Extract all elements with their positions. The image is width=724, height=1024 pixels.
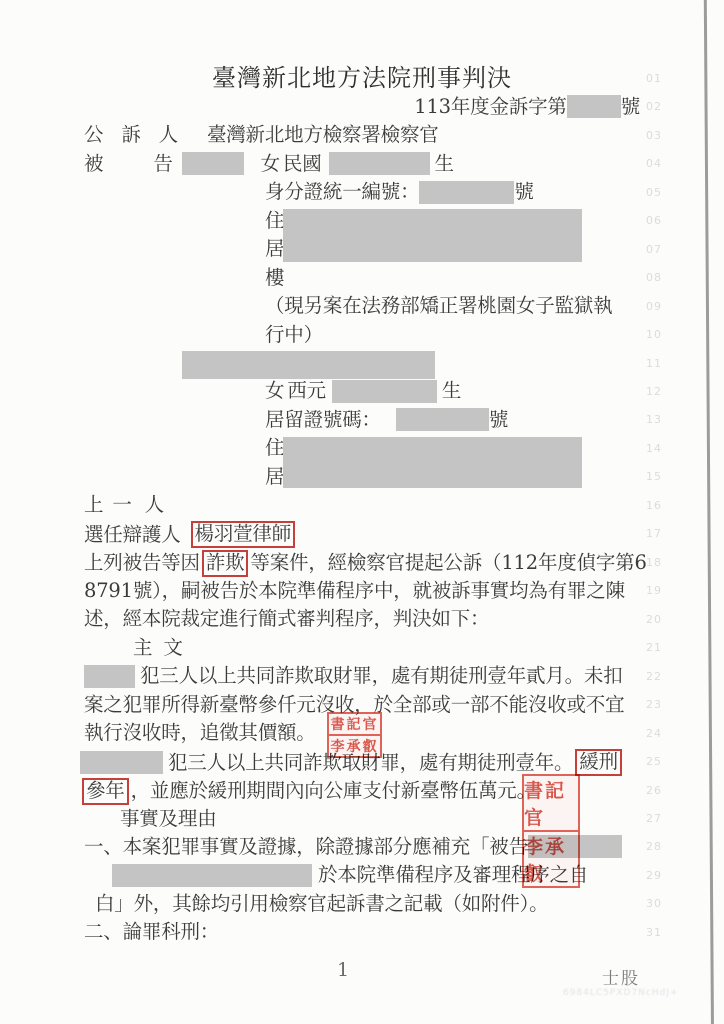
scanned-court-judgment-page: 01臺灣新北地方法院刑事判決02113年度金訴字第號03公訴人臺灣新北地方檢察署…: [0, 0, 724, 1024]
line-number: 07: [646, 243, 662, 256]
line-content: 於本院準備程序及審理程序之自: [112, 863, 588, 888]
line-text: 選任辯護人: [84, 523, 181, 547]
line-text: 述，經本院裁定進行簡式審判程序，判決如下：: [84, 607, 489, 631]
line-text: 訴: [121, 123, 140, 147]
line-content: 居: [265, 237, 284, 262]
line-number: 17: [646, 527, 662, 540]
line-text: 113年度金訴字第: [414, 95, 566, 119]
line-number: 23: [646, 698, 662, 711]
line-content: 二、論罪科刑：: [84, 920, 219, 945]
clerk-seal-stamp: 書記官李承叡: [327, 712, 382, 757]
line-number: 13: [646, 413, 662, 426]
line-text: 人: [145, 493, 164, 517]
document-line-01: 01臺灣新北地方法院刑事判決: [0, 64, 724, 93]
line-text: （現另案在法務部矯正署桃園女子監獄執: [265, 294, 612, 318]
line-number: 02: [646, 100, 662, 113]
document-line-19: 198791號），嗣被告於本院準備程序中，就被訴事實均為有罪之陳: [0, 576, 724, 605]
line-text: 行中）: [265, 323, 323, 347]
line-text: 被: [84, 152, 103, 176]
line-content: 居: [265, 464, 284, 489]
line-number: 24: [646, 727, 662, 740]
line-number: 27: [646, 812, 662, 825]
line-content: 113年度金訴字第號: [414, 94, 640, 119]
document-line-29: 29於本院準備程序及審理程序之自: [0, 861, 724, 890]
line-content: 8791號），嗣被告於本院準備程序中，就被訴事實均為有罪之陳: [84, 578, 625, 603]
line-content: 執行沒收時，追徵其價額。: [84, 721, 316, 746]
document-line-10: 10行中）: [0, 320, 724, 349]
line-text: 主: [133, 636, 152, 660]
redaction-bar: [567, 95, 621, 118]
line-content: 行中）: [265, 322, 323, 347]
line-number: 26: [646, 784, 662, 797]
line-number: 08: [646, 271, 662, 284]
line-content: 上一人: [84, 493, 164, 518]
line-text: 事實及理由: [120, 807, 217, 831]
stamp-text: 書記官: [327, 712, 382, 736]
clerk-seal-stamp: 書記官李承叡: [522, 774, 580, 829]
line-number: 10: [646, 328, 662, 341]
line-text: 女: [265, 379, 284, 403]
line-number: 03: [646, 129, 662, 142]
line-number: 25: [646, 755, 662, 768]
line-number: 06: [646, 214, 662, 227]
redaction-bar: [419, 181, 514, 204]
line-text: 生: [435, 152, 454, 176]
line-number: 22: [646, 670, 662, 683]
document-line-08: 08樓: [0, 263, 724, 292]
line-content: 居留證號碼：號: [265, 407, 508, 432]
court-division-label: 士股: [602, 964, 640, 989]
line-content: 公訴人臺灣新北地方檢察署檢察官: [84, 123, 439, 148]
document-line-11: 11: [0, 349, 724, 378]
stamp-text: 李承叡: [327, 734, 382, 758]
line-number: 14: [646, 442, 662, 455]
line-content: [182, 351, 435, 379]
line-text: 住: [265, 209, 284, 233]
line-number: 21: [646, 641, 662, 654]
line-content: 臺灣新北地方法院刑事判決: [0, 66, 724, 91]
line-text: 犯三人以上共同詐欺取財罪，處有期徒刑壹年貳月。未扣: [140, 664, 623, 688]
red-annotation-box: 楊羽萱律師: [191, 521, 296, 548]
line-content: 被告女民國生: [84, 151, 454, 176]
line-text: 居留證號碼：: [265, 408, 381, 432]
line-text: 臺灣新北地方法院刑事判決: [212, 66, 512, 90]
redaction-bar: [112, 864, 312, 887]
line-content: 住: [265, 436, 284, 461]
line-number: 12: [646, 385, 662, 398]
document-line-28: 28一、本案犯罪事實及證據，除證據部分應補充「被告: [0, 832, 724, 861]
line-content: 上列被告等因詐欺等案件，經檢察官提起公訴（112年度偵字第6: [84, 550, 647, 577]
redaction-block: [283, 209, 582, 262]
line-content: 住: [265, 208, 284, 233]
line-text: 號: [621, 95, 640, 119]
line-text: 人: [159, 123, 178, 147]
line-text: 白」外，其餘均引用檢察官起訴書之記載（如附件）。: [95, 892, 548, 916]
line-text: 生: [442, 379, 461, 403]
document-line-09: 09（現另案在法務部矯正署桃園女子監獄執: [0, 292, 724, 321]
document-line-17: 17選任辯護人楊羽萱律師: [0, 519, 724, 548]
redaction-bar: [396, 408, 489, 431]
document-line-30: 30白」外，其餘均引用檢察官起訴書之記載（如附件）。: [0, 889, 724, 918]
line-content: 主文: [133, 635, 183, 660]
stamp-text: 書記官: [522, 774, 580, 832]
line-number: 18: [646, 556, 662, 569]
line-text: 民國: [283, 152, 322, 176]
line-number: 05: [646, 186, 662, 199]
line-text: 一: [112, 493, 131, 517]
line-number: 29: [646, 869, 662, 882]
line-text: 居: [265, 237, 284, 261]
red-annotation-box: 緩刑: [575, 749, 622, 776]
line-text: 二、論罪科刑：: [84, 920, 219, 944]
line-content: 述，經本院裁定進行簡式審判程序，判決如下：: [84, 607, 489, 632]
line-text: 等案件，經檢察官提起公訴（112年度偵字第6: [250, 551, 646, 575]
line-number: 15: [646, 470, 662, 483]
line-number: 16: [646, 499, 662, 512]
document-line-03: 03公訴人臺灣新北地方檢察署檢察官: [0, 121, 724, 150]
line-text: 上: [84, 493, 103, 517]
redaction-bar: [329, 152, 430, 175]
line-number: 04: [646, 157, 662, 170]
line-text: 居: [265, 465, 284, 489]
line-number: 31: [646, 926, 662, 939]
redaction-bar: [182, 152, 244, 175]
document-line-26: 26參年，並應於緩刑期間內向公庫支付新臺幣伍萬元。: [0, 776, 724, 805]
redaction-bar: [332, 380, 437, 403]
line-text: 文: [163, 636, 182, 660]
line-content: 樓: [265, 265, 284, 290]
line-number: 28: [646, 840, 662, 853]
document-line-31: 31二、論罪科刑：: [0, 918, 724, 947]
document-line-20: 20述，經本院裁定進行簡式審判程序，判決如下：: [0, 605, 724, 634]
line-text: 臺灣新北地方檢察署檢察官: [207, 123, 439, 147]
line-number: 20: [646, 613, 662, 626]
line-text: 8791號），嗣被告於本院準備程序中，就被訴事實均為有罪之陳: [84, 579, 625, 603]
line-content: 身分證統一編號：號: [265, 180, 534, 205]
line-text: 身分證統一編號：: [265, 180, 419, 204]
document-line-13: 13居留證號碼：號: [0, 405, 724, 434]
red-annotation-box: 詐欺: [202, 550, 249, 577]
document-line-18: 18上列被告等因詐欺等案件，經檢察官提起公訴（112年度偵字第6: [0, 548, 724, 577]
redaction-bar: [182, 351, 435, 379]
line-content: 犯三人以上共同詐欺取財罪，處有期徒刑壹年貳月。未扣: [84, 664, 623, 689]
redaction-bar: [80, 751, 163, 774]
stamp-text: 李承叡: [522, 830, 580, 888]
document-line-04: 04被告女民國生: [0, 149, 724, 178]
document-line-22: 22犯三人以上共同詐欺取財罪，處有期徒刑壹年貳月。未扣: [0, 662, 724, 691]
line-number: 09: [646, 300, 662, 313]
document-line-12: 12女西元生: [0, 377, 724, 406]
redaction-bar: [84, 665, 135, 688]
line-number: 11: [646, 357, 662, 370]
line-content: 參年，並應於緩刑期間內向公庫支付新臺幣伍萬元。: [80, 778, 536, 805]
line-text: ，並應於緩刑期間內向公庫支付新臺幣伍萬元。: [131, 779, 536, 803]
document-line-02: 02113年度金訴字第號: [0, 92, 724, 121]
scan-watermark: 6984LC5PXD7NcHdJ+: [563, 988, 679, 998]
line-number: 19: [646, 584, 662, 597]
line-number: 30: [646, 897, 662, 910]
document-line-27: 27事實及理由: [0, 804, 724, 833]
line-text: 樓: [265, 266, 284, 290]
line-content: 女西元生: [265, 379, 461, 404]
line-text: 女: [261, 152, 280, 176]
line-content: 事實及理由: [120, 806, 217, 831]
line-text: 西元: [287, 379, 326, 403]
document-line-21: 21主文: [0, 633, 724, 662]
redaction-block: [283, 437, 582, 488]
line-text: 公: [84, 123, 103, 147]
document-line-05: 05身分證統一編號：號: [0, 178, 724, 207]
line-text: 執行沒收時，追徵其價額。: [84, 721, 316, 745]
line-content: 選任辯護人楊羽萱律師: [84, 521, 297, 548]
line-text: 上列被告等因: [84, 551, 200, 575]
line-text: 號: [514, 180, 533, 204]
red-annotation-box: 參年: [82, 778, 129, 805]
line-text: 住: [265, 436, 284, 460]
page-number: 1: [337, 959, 349, 981]
line-text: 告: [153, 152, 172, 176]
document-line-16: 16上一人: [0, 491, 724, 520]
line-content: 白」外，其餘均引用檢察官起訴書之記載（如附件）。: [95, 891, 548, 916]
line-content: （現另案在法務部矯正署桃園女子監獄執: [265, 294, 612, 319]
line-text: 號: [489, 408, 508, 432]
line-text: 一、本案犯罪事實及證據，除證據部分應補充「被告: [84, 835, 528, 859]
